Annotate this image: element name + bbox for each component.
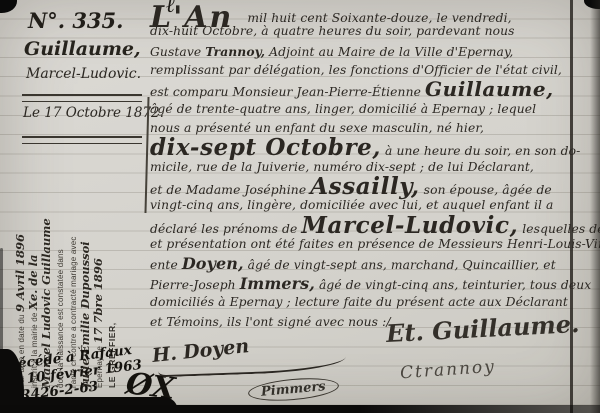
act-line-segment: son épouse, âgée de (420, 183, 552, 197)
act-line-segment: déclaré les prénoms de (150, 222, 301, 236)
act-line: domiciliés à Epernay ; lecture faite du … (150, 293, 582, 312)
act-line-segment: âgé de vingt-sept ans, marchand, Quincai… (244, 258, 556, 272)
act-line-segment: domiciliés à Epernay ; lecture faite du … (150, 295, 568, 309)
act-line: Gustave Trannoy, Adjoint au Maire de la … (150, 42, 582, 61)
act-line: est comparu Monsieur Jean-Pierre-Étienne… (150, 80, 582, 99)
margin-given-names: Marcel-Ludovic. (26, 66, 141, 82)
act-line-segment: remplissant par délégation, les fonction… (150, 63, 562, 77)
marriage-note-line-segment: 17 7bre 1896 (91, 258, 105, 343)
act-line: et présentation ont été faites en présen… (150, 235, 582, 254)
act-line-segment: Trannoy, (205, 44, 265, 59)
act-line-segment: Pierre-Joseph (150, 278, 240, 292)
margin-surname: Guillaume, (24, 38, 141, 60)
act-line: L'An mil huit cent Soixante-douze, le ve… (150, 3, 582, 22)
scan-edge-left (0, 248, 3, 358)
act-line-segment: Adjoint au Maire de la Ville d'Epernay, (265, 45, 513, 59)
act-line-segment: et présentation ont été faites en présen… (150, 237, 600, 251)
act-line-segment: âgé de trente-quatre ans, linger, domici… (150, 102, 536, 116)
act-line-segment: Guillaume, (425, 77, 554, 101)
act-line-segment: Doyen, (182, 254, 244, 273)
act-line-segment: nous a présenté un enfant du sexe mascul… (150, 121, 484, 135)
act-line-segment: Immers, (240, 274, 315, 293)
act-line-segment: à une heure du soir, en son do- (381, 144, 580, 158)
scan-band-bottom (0, 405, 600, 413)
act-body: L'An mil huit cent Soixante-douze, le ve… (150, 3, 582, 332)
act-line-segment: et Témoins, ils l'ont signé avec nous :/… (150, 315, 395, 329)
act-line-segment: vingt-cinq ans, lingère, domiciliée avec… (150, 198, 554, 212)
act-line-segment: ente (150, 258, 182, 272)
scanned-register-page: N°. 335. Guillaume, Marcel-Ludovic. Le 1… (0, 0, 600, 413)
act-line-segment: micile, rue de la Juiverie, numéro dix-s… (150, 160, 534, 174)
act-line-segment: lesquelles déclaration (518, 222, 600, 236)
margin-rule-top (22, 94, 142, 102)
margin-date: Le 17 Octobre 1872. (23, 105, 164, 121)
act-line: dix-sept Octobre, à une heure du soir, e… (150, 138, 582, 157)
page-fold-line (570, 0, 573, 413)
act-line-segment: âgé de vingt-cinq ans, teinturier, tous … (315, 278, 591, 292)
act-line: déclaré les prénoms de Marcel-Ludovic, l… (150, 216, 582, 235)
act-line: âgé de trente-quatre ans, linger, domici… (150, 100, 582, 119)
act-number: N°. 335. (28, 8, 123, 33)
act-line: Pierre-Joseph Immers, âgé de vingt-cinq … (150, 274, 582, 293)
act-line-segment: et de Madame Joséphine (150, 183, 310, 197)
marriage-note-line-segment: Xe. de la (26, 255, 40, 310)
act-line-segment: L'An (150, 0, 233, 35)
act-line-segment: Gustave (150, 45, 205, 59)
top-edge-flourish: ℓ (166, 0, 175, 18)
act-line-segment: est comparu Monsieur Jean-Pierre-Étienne (150, 85, 425, 99)
act-line: ente Doyen, âgé de vingt-sept ans, march… (150, 254, 582, 273)
marriage-note-line-segment: 9 Avril 1896 (13, 234, 27, 312)
scan-edge-right (590, 0, 600, 413)
act-line: et de Madame Joséphine Assailly, son épo… (150, 177, 582, 196)
margin-rule-bottom (22, 136, 142, 144)
